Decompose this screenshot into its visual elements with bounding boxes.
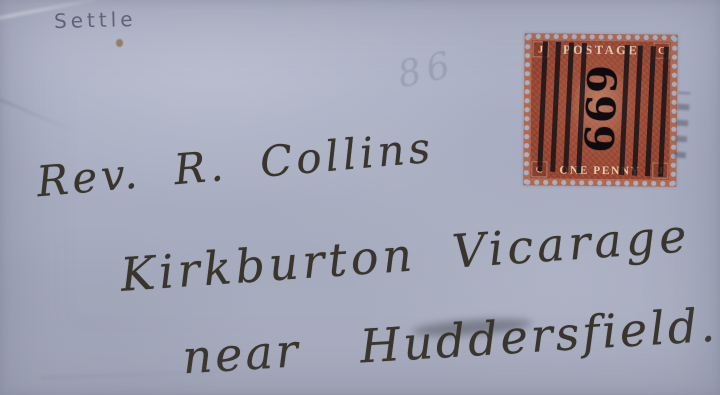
stain-spot <box>116 39 123 47</box>
address-line-town: near Huddersfield. <box>181 298 719 385</box>
cancellation-mark: 699 <box>525 33 682 188</box>
cancel-numeral: 699 <box>551 80 649 140</box>
address-line-recipient: Rev. R. Collins <box>35 123 436 207</box>
faint-pencil-mark: 86 <box>394 44 459 96</box>
address-line-street: Kirkburton Vicarage <box>119 208 692 302</box>
paper-crease-left <box>0 97 98 143</box>
envelope-photo: Settle 86 Rev. R. Collins Kirkburton Vic… <box>0 0 720 395</box>
pencil-note-settle: Settle <box>54 7 137 33</box>
postage-stamp: POSTAGE ONE PENNY J C C J 699 <box>523 33 678 187</box>
